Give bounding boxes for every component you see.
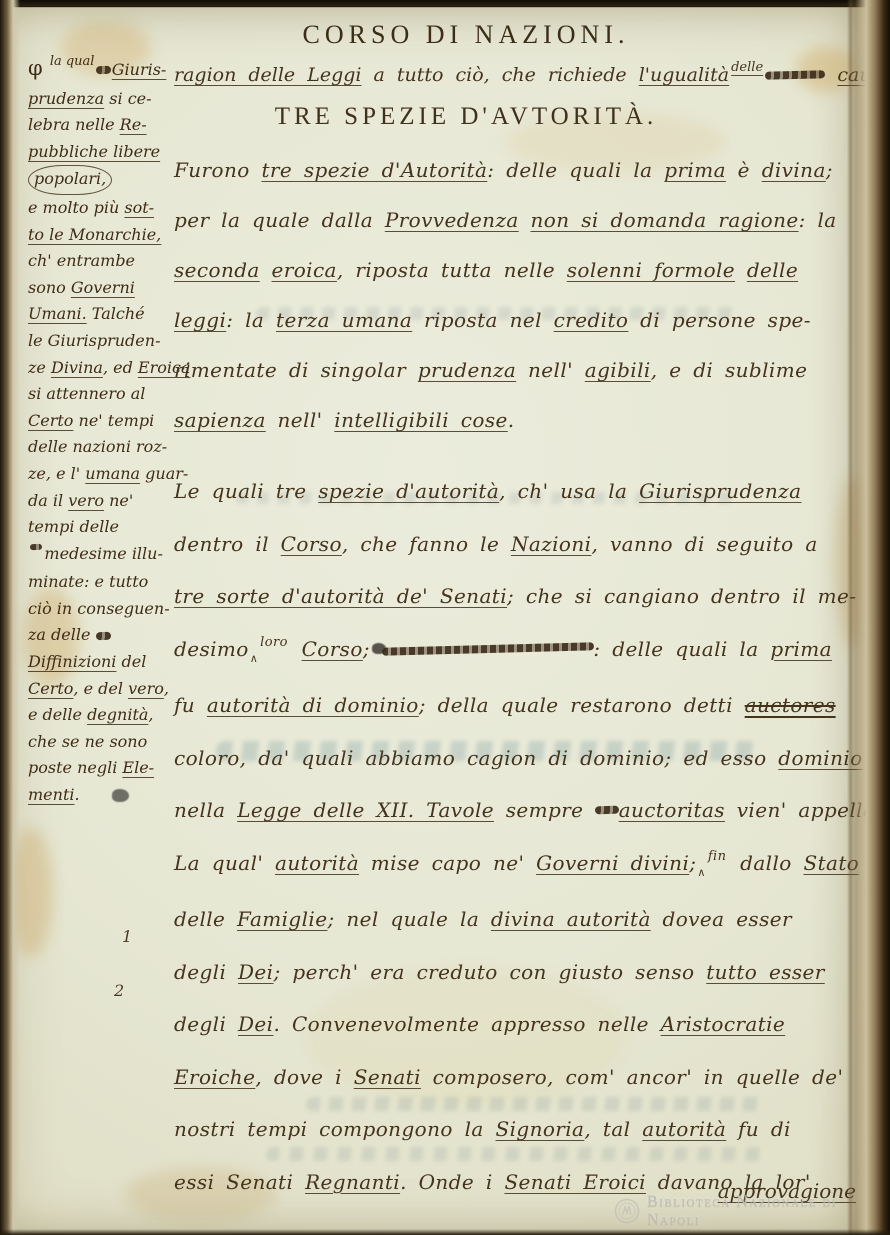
library-logo-icon — [614, 1198, 640, 1224]
text-segment: autorità — [642, 1117, 726, 1141]
text-segment: lebra nelle — [28, 115, 120, 134]
text-segment: divina autorità — [491, 907, 651, 931]
text-line: delle Famiglie; nel quale la divina auto… — [174, 893, 869, 946]
text-segment: nell' — [516, 358, 585, 382]
text-segment: : la — [799, 208, 837, 232]
text-segment — [30, 538, 42, 553]
text-segment: . — [508, 408, 515, 432]
text-segment — [260, 258, 272, 282]
text-segment: autorità di dominio — [207, 693, 419, 717]
text-line: ciò in conseguen- — [28, 596, 178, 623]
text-segment: Divina — [51, 358, 103, 377]
text-segment: , e del — [73, 679, 128, 698]
text-segment: composero, com' ancor' in quelle de' — [421, 1065, 843, 1089]
scan-left-edge — [0, 0, 20, 1235]
text-segment — [735, 258, 747, 282]
text-segment: per la quale dalla — [174, 208, 385, 232]
text-segment: si ce- — [104, 89, 151, 108]
text-line: nostri tempi compongono la Signoria, tal… — [174, 1103, 869, 1156]
text-segment: ; — [689, 851, 696, 875]
text-segment: fu di — [726, 1117, 791, 1141]
text-segment: seconda — [174, 258, 260, 282]
text-line: dentro il Corso, che fanno le Nazioni, v… — [174, 518, 869, 571]
text-line: delle nazioni roz- — [28, 434, 178, 461]
text-segment: Aristocratie — [661, 1012, 786, 1036]
text-segment: auctores — [745, 693, 836, 717]
text-segment: ze, e l' — [28, 464, 85, 483]
text-line: rimentate di singolar prudenza nell' agi… — [174, 345, 869, 395]
text-segment: agibili — [585, 358, 651, 382]
text-segment: Eroiche — [174, 1065, 255, 1089]
scan-top-edge — [0, 0, 890, 8]
text-segment: coloro, da' quali abbiamo cagion di domi… — [174, 746, 778, 770]
text-segment: . Convenevolmente appresso nelle — [273, 1012, 660, 1036]
text-segment: Re- — [120, 115, 147, 134]
text-segment — [382, 637, 594, 661]
text-line: prudenza si ce- — [28, 86, 178, 113]
text-segment: . Onde i — [400, 1170, 504, 1194]
text-segment: e molto più — [28, 198, 124, 217]
text-segment: fu — [174, 693, 207, 717]
text-segment: vero — [128, 679, 164, 698]
text-segment: Talché — [87, 304, 145, 323]
manuscript-scan: CORSO DI NAZIONI. ragion delle Leggi a t… — [0, 0, 890, 1235]
text-segment: Corso — [281, 532, 342, 556]
text-segment: ne' — [104, 491, 133, 510]
text-segment: e delle — [28, 705, 87, 724]
text-segment: la qual — [50, 54, 95, 69]
text-segment: prudenza — [418, 358, 516, 382]
text-segment: , ch' usa la — [499, 479, 639, 503]
text-segment: loro — [260, 635, 288, 650]
text-segment: delle — [731, 60, 763, 75]
text-segment: tutto esser — [706, 960, 825, 984]
text-segment: pubbliche libere — [28, 142, 160, 161]
text-segment: essi Senati — [174, 1170, 305, 1194]
text-segment: Dei — [238, 960, 273, 984]
text-segment — [290, 637, 302, 661]
text-segment: , che fanno le — [342, 532, 511, 556]
text-segment: ch' entrambe — [28, 251, 135, 270]
text-segment: Giurisprudenza — [639, 479, 801, 503]
margin-numeral-1: 1 — [122, 927, 132, 946]
text-segment: divina — [762, 158, 826, 182]
text-segment: ; perch' era creduto con giusto senso — [273, 960, 706, 984]
text-line: Diffinizioni del — [28, 649, 178, 676]
text-segment: Senati — [354, 1065, 421, 1089]
text-segment: ciò in conseguen- — [28, 599, 170, 618]
text-segment: del — [116, 652, 146, 671]
text-segment: terza umana — [276, 308, 412, 332]
text-segment: Legge delle XII. Tavole — [237, 798, 494, 822]
text-segment: mise capo ne' — [359, 851, 536, 875]
body-paragraph-1: Furono tre spezie d'Autorità: delle qual… — [174, 145, 869, 445]
text-segment: Giuris- — [112, 60, 167, 79]
text-segment: di persone spe- — [628, 308, 811, 332]
text-segment: , dove i — [255, 1065, 353, 1089]
text-line: ch' entrambe — [28, 248, 178, 275]
text-segment: : delle quali la — [593, 637, 770, 661]
text-segment: medesime illu- — [44, 544, 162, 563]
library-watermark: Biblioteca Nazionale di Napoli — [614, 1193, 870, 1229]
text-segment: ; della quale restarono detti — [419, 693, 745, 717]
text-segment: nostri tempi compongono la — [174, 1117, 495, 1141]
text-segment: degli — [174, 1012, 238, 1036]
text-segment: sapienza — [174, 408, 266, 432]
manuscript-page: CORSO DI NAZIONI. ragion delle Leggi a t… — [6, 7, 870, 1235]
text-segment: Governi — [71, 278, 135, 297]
margin-notes: φ la qual Giuris-prudenza si ce-lebra ne… — [28, 55, 178, 809]
text-segment: vero — [68, 491, 104, 510]
text-segment: spezie d'autorità — [318, 479, 499, 503]
intro-line: ragion delle Leggi a tutto ciò, che rich… — [174, 62, 874, 86]
text-segment: : la — [226, 308, 276, 332]
library-watermark-label: Biblioteca Nazionale di Napoli — [647, 1193, 870, 1229]
text-segment: dovea esser — [651, 907, 792, 931]
text-segment: Regnanti — [305, 1170, 400, 1194]
text-line: desimo∧loro Corso; : delle quali la prim… — [174, 623, 869, 680]
text-segment: autorità — [275, 851, 359, 875]
text-line: e molto più sot- — [28, 195, 178, 222]
text-segment: Ele- — [122, 758, 154, 777]
text-segment: : delle quali la — [487, 158, 664, 182]
text-line: za delle — [28, 622, 178, 649]
text-segment: popolari, — [28, 165, 112, 195]
text-segment: prima — [664, 158, 726, 182]
text-segment: delle — [174, 907, 237, 931]
text-segment: rimentate di singolar — [174, 358, 418, 382]
text-segment: Governi divini — [536, 851, 689, 875]
text-line: medesime illu- — [28, 541, 178, 570]
text-segment: za delle — [28, 625, 96, 644]
text-segment: . — [75, 785, 80, 804]
text-line: da il vero ne' — [28, 488, 178, 515]
text-segment: fin — [708, 849, 727, 864]
text-segment: auctoritas — [619, 798, 725, 822]
text-segment: to le Monarchie, — [28, 225, 161, 244]
text-segment: ; nel quale la — [327, 907, 490, 931]
text-segment: desimo — [174, 637, 249, 661]
text-segment: l'ugualità — [639, 64, 729, 86]
text-segment — [519, 208, 531, 232]
text-line: minate: e tutto — [28, 569, 178, 596]
text-line: pubbliche libere — [28, 139, 178, 166]
section-title: TRE SPEZIE D'AVTORITÀ. — [186, 103, 746, 131]
text-line: menti. — [28, 782, 178, 809]
text-segment — [765, 64, 825, 86]
text-segment: tre spezie d'Autorità — [261, 158, 487, 182]
text-segment: riposta nel — [412, 308, 553, 332]
text-segment: umana — [85, 464, 140, 483]
text-segment: tre sorte d'autorità de' Senati — [174, 584, 507, 608]
text-segment: menti — [28, 785, 75, 804]
text-line: degli Dei; perch' era creduto con giusto… — [174, 946, 869, 999]
text-line: to le Monarchie, — [28, 222, 178, 249]
text-segment: intelligibili cose — [334, 408, 507, 432]
text-segment: da il — [28, 491, 68, 510]
text-segment: ragion delle Leggi — [174, 64, 361, 86]
text-segment: nella — [174, 798, 237, 822]
text-segment: ∧ — [697, 866, 705, 879]
text-segment — [96, 60, 111, 79]
text-line: le Giurispruden- — [28, 328, 178, 355]
text-segment: Provvedenza — [385, 208, 519, 232]
text-line: sono Governi — [28, 275, 178, 302]
text-line: La qual' autorità mise capo ne' Governi … — [174, 837, 869, 894]
text-line: Umani. Talché — [28, 301, 178, 328]
text-line: per la quale dalla Provvedenza non si do… — [174, 195, 869, 245]
body-paragraph-2: Le quali tre spezie d'autorità, ch' usa … — [174, 465, 869, 1208]
text-segment: è — [726, 158, 762, 182]
text-segment: dallo — [728, 851, 803, 875]
text-line: Eroiche, dove i Senati composero, com' a… — [174, 1051, 869, 1104]
text-segment: delle nazioni roz- — [28, 437, 167, 456]
text-segment: Corso — [302, 637, 363, 661]
text-segment: minate: e tutto — [28, 572, 148, 591]
text-line: Furono tre spezie d'Autorità: delle qual… — [174, 145, 869, 195]
text-line: tre sorte d'autorità de' Senati; che si … — [174, 570, 869, 623]
text-line: sapienza nell' intelligibili cose. — [174, 395, 869, 445]
text-segment: φ — [28, 56, 43, 80]
text-segment: , e di sublime — [651, 358, 808, 382]
text-segment — [825, 64, 837, 86]
text-line: seconda eroica, riposta tutta nelle sole… — [174, 245, 869, 295]
text-line: ze, e l' umana guar- — [28, 461, 178, 488]
text-segment: Furono — [174, 158, 261, 182]
text-segment: Certo — [28, 411, 73, 430]
text-line: ze Divina, ed Eroica — [28, 355, 178, 382]
text-segment: Dei — [238, 1012, 273, 1036]
text-line: Certo ne' tempi — [28, 408, 178, 435]
text-segment: degli — [174, 960, 238, 984]
text-segment: degnità — [87, 705, 148, 724]
text-segment: dentro il — [174, 532, 281, 556]
text-segment: sempre — [494, 798, 595, 822]
text-segment: , ed — [103, 358, 138, 377]
text-segment: Le quali tre — [174, 479, 318, 503]
text-line: si attennero al — [28, 381, 178, 408]
text-segment: ∧ — [250, 652, 258, 665]
text-segment: eroica — [272, 258, 337, 282]
text-segment: solenni formole — [567, 258, 735, 282]
text-segment: delle — [747, 258, 798, 282]
text-segment: ; che si cangiano dentro il me- — [507, 584, 856, 608]
text-segment — [43, 60, 48, 79]
text-segment: , tal — [584, 1117, 642, 1141]
text-segment: Famiglie — [237, 907, 327, 931]
text-segment: non si domanda ragione — [530, 208, 798, 232]
text-line: degli Dei. Convenevolmente appresso nell… — [174, 998, 869, 1051]
text-line: leggi: la terza umana riposta nel credit… — [174, 295, 869, 345]
text-segment — [96, 625, 111, 644]
margin-numeral-2: 2 — [114, 981, 124, 1000]
text-segment: leggi — [174, 308, 226, 332]
text-segment: credito — [554, 308, 629, 332]
text-segment: ; — [826, 158, 833, 182]
text-segment: si attennero al — [28, 384, 145, 403]
text-segment: prima — [770, 637, 832, 661]
text-segment: a tutto ciò, che richiede — [361, 64, 638, 86]
text-segment: ; — [363, 637, 382, 661]
text-segment: sono — [28, 278, 71, 297]
text-segment: ze — [28, 358, 51, 377]
text-segment: le Giurispruden- — [28, 331, 160, 350]
text-line: Certo, e del vero, — [28, 676, 178, 703]
scan-bottom-edge — [0, 1229, 890, 1235]
text-segment: poste negli — [28, 758, 122, 777]
text-segment: , — [164, 679, 169, 698]
text-line: coloro, da' quali abbiamo cagion di domi… — [174, 732, 869, 785]
book-fore-edge — [846, 0, 890, 1235]
text-segment: Signoria — [495, 1117, 584, 1141]
text-line: lebra nelle Re- — [28, 112, 178, 139]
text-line: tempi delle — [28, 514, 178, 541]
text-segment: Umani. — [28, 304, 87, 323]
text-segment: ne' tempi — [73, 411, 154, 430]
text-segment: Nazioni — [511, 532, 591, 556]
text-line: Le quali tre spezie d'autorità, ch' usa … — [174, 465, 869, 518]
text-segment: sot- — [124, 198, 154, 217]
text-segment: Diffinizioni — [28, 652, 116, 671]
text-segment: , riposta tutta nelle — [337, 258, 567, 282]
page-title: CORSO DI NAZIONI. — [186, 20, 746, 50]
text-segment: nell' — [266, 408, 335, 432]
text-segment: prudenza — [28, 89, 104, 108]
text-segment: che se ne sono — [28, 732, 147, 751]
text-line: popolari, — [28, 165, 178, 195]
text-line: φ la qual Giuris- — [28, 55, 178, 86]
text-segment: , — [148, 705, 153, 724]
text-line: che se ne sono — [28, 729, 178, 756]
text-line: e delle degnità, — [28, 702, 178, 729]
text-segment: Certo — [28, 679, 73, 698]
text-line: nella Legge delle XII. Tavole sempre auc… — [174, 784, 869, 837]
text-segment: , vanno di seguito a — [591, 532, 817, 556]
text-segment: tempi delle — [28, 517, 119, 536]
text-segment — [595, 798, 619, 822]
text-line: poste negli Ele- — [28, 755, 178, 782]
text-segment: La qual' — [174, 851, 275, 875]
text-line: fu autorità di dominio; della quale rest… — [174, 679, 869, 732]
